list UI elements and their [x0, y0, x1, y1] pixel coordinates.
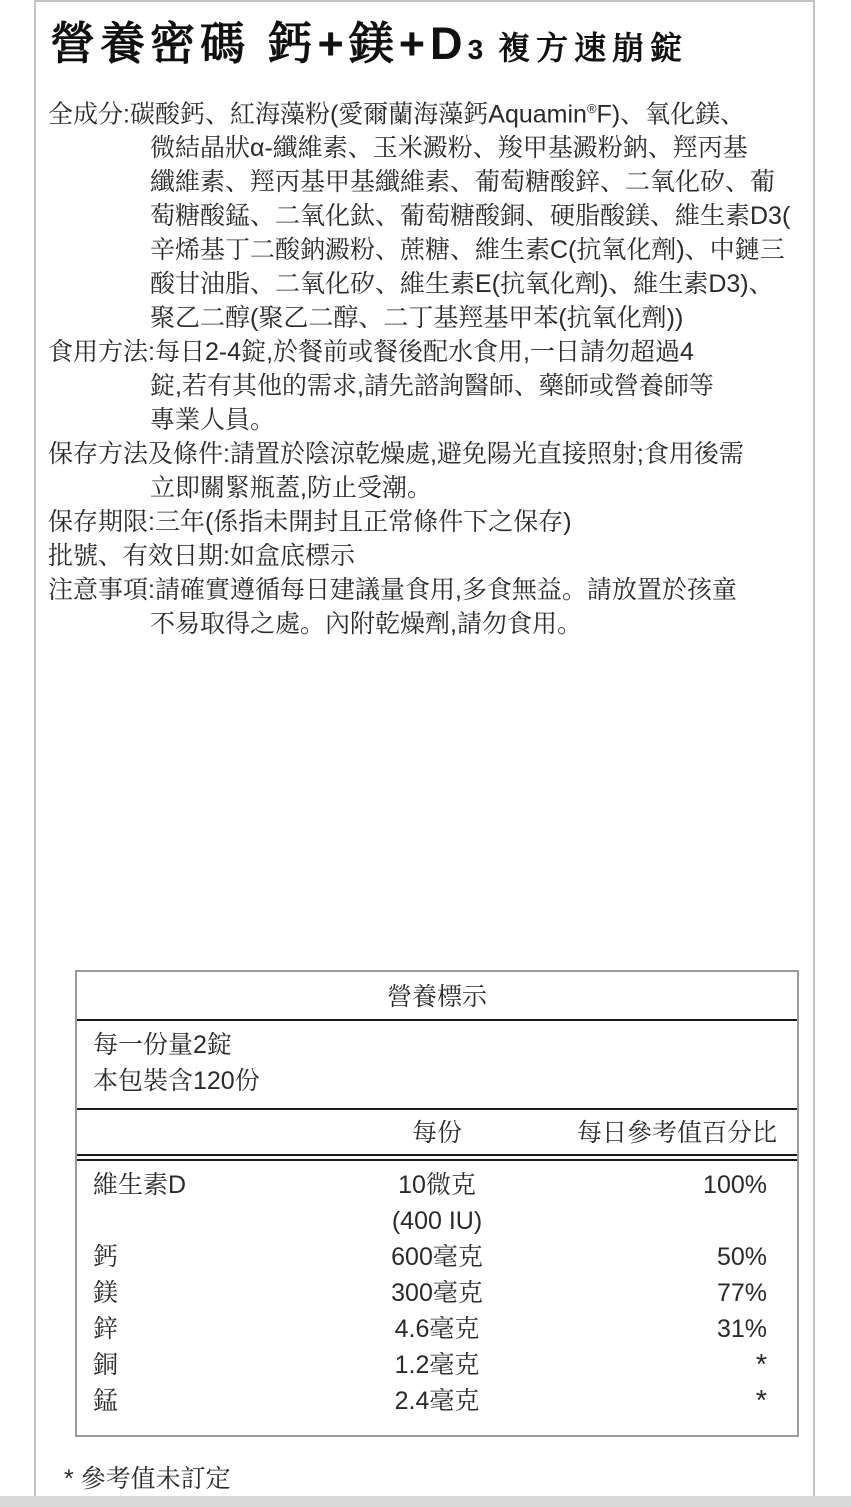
nutrient-daily-value: 100%	[577, 1167, 797, 1203]
nutrient-column-header	[77, 1113, 297, 1149]
daily-value-column-header: 每日參考值百分比	[577, 1113, 839, 1149]
shelf-life-label: 保存期限:	[48, 508, 155, 536]
nutrient-daily-value: 77%	[577, 1275, 797, 1311]
info-block: 全成分:碳酸鈣、紅海藻粉(愛爾蘭海藻鈣Aquamin®F)、氧化鎂、 微結晶狀α…	[48, 92, 813, 641]
ingredients-line-6: 酸甘油脂、二氧化矽、維生素E(抗氧化劑)、維生素D3)、	[48, 267, 813, 301]
nutrient-amount: 1.2毫克	[297, 1347, 577, 1383]
nutrition-column-headers: 每份 每日參考值百分比	[77, 1110, 797, 1154]
nutrition-table-title: 營養標示	[77, 972, 797, 1021]
storage-text: 請置於陰涼乾燥處,避免陽光直接照射;食用後需	[230, 440, 744, 468]
nutrient-amount: 4.6毫克	[297, 1311, 577, 1347]
shelf-life-line: 保存期限:三年(係指未開封且正常條件下之保存)	[48, 505, 813, 539]
shelf-life-text: 三年(係指未開封且正常條件下之保存)	[155, 508, 572, 536]
table-row-calcium: 鈣 600毫克 50%	[77, 1239, 797, 1275]
nutrition-rows: 維生素D 10微克 100% (400 IU) 鈣 600毫克 50% 鎂 30…	[77, 1161, 797, 1435]
batch-text: 如盒底標示	[230, 542, 355, 570]
ingredients-line-5: 辛烯基丁二酸鈉澱粉、蔗糖、維生素C(抗氧化劑)、中鏈三	[48, 233, 813, 267]
usage-text: 每日2-4錠,於餐前或餐後配水食用,一日請勿超過4	[155, 338, 694, 366]
nutrient-amount: 2.4毫克	[297, 1383, 577, 1419]
nutrient-name: 鎂	[77, 1275, 297, 1311]
usage-line-3: 專業人員。	[48, 403, 813, 437]
nutrient-amount-alt: (400 IU)	[297, 1203, 577, 1239]
usage-label: 食用方法:	[48, 338, 155, 366]
product-title-main: 營養密碼 鈣+鎂+D	[50, 18, 468, 69]
product-label-card: 營養密碼 鈣+鎂+D3複方速崩錠 全成分:碳酸鈣、紅海藻粉(愛爾蘭海藻鈣Aqua…	[34, 0, 815, 1496]
nutrient-daily-value	[577, 1203, 797, 1239]
usage-line-2: 錠,若有其他的需求,請先諮詢醫師、藥師或營養師等	[48, 369, 813, 403]
nutrient-daily-value: 31%	[577, 1311, 797, 1347]
nutrient-name: 鈣	[77, 1239, 297, 1275]
nutrient-daily-value: 50%	[577, 1239, 797, 1275]
nutrient-daily-value-asterisk: *	[577, 1347, 797, 1383]
table-row-manganese: 錳 2.4毫克 *	[77, 1383, 797, 1419]
daily-value-footnote: * 參考值未訂定	[64, 1459, 813, 1495]
nutrient-name	[77, 1203, 297, 1239]
registered-trademark-mark: ®	[587, 101, 597, 116]
nutrient-amount: 10微克	[297, 1167, 577, 1203]
ingredients-line-4: 萄糖酸錳、二氧化鈦、葡萄糖酸銅、硬脂酸鎂、維生素D3(	[48, 199, 813, 233]
nutrient-name: 鋅	[77, 1311, 297, 1347]
storage-line-1: 保存方法及條件:請置於陰涼乾燥處,避免陽光直接照射;食用後需	[48, 437, 813, 471]
notice-line-1: 注意事項:請確實遵循每日建議量食用,多食無益。請放置於孩童	[48, 573, 813, 607]
notice-line-2: 不易取得之處。內附乾燥劑,請勿食用。	[48, 607, 813, 641]
table-row-magnesium: 鎂 300毫克 77%	[77, 1275, 797, 1311]
per-serving-column-header: 每份	[297, 1113, 577, 1149]
ingredients-text: F)、氧化鎂、	[597, 100, 746, 128]
nutrient-name: 銅	[77, 1347, 297, 1383]
nutrient-amount: 300毫克	[297, 1275, 577, 1311]
serving-size: 每一份量2錠	[93, 1027, 797, 1063]
ingredients-line-3: 纖維素、羥丙基甲基纖維素、葡萄糖酸鋅、二氧化矽、葡	[48, 165, 813, 199]
notice-text: 請確實遵循每日建議量食用,多食無益。請放置於孩童	[155, 576, 737, 604]
ingredients-label: 全成分:	[48, 100, 130, 128]
product-title: 營養密碼 鈣+鎂+D3複方速崩錠	[50, 16, 813, 78]
bottom-gray-bar	[0, 1496, 851, 1507]
nutrition-facts-table: 營養標示 每一份量2錠 本包裝含120份 每份 每日參考值百分比 維生素D 10…	[75, 970, 799, 1437]
double-rule-divider	[77, 1154, 797, 1161]
nutrient-name: 錳	[77, 1383, 297, 1419]
storage-label: 保存方法及條件:	[48, 440, 230, 468]
nutrient-name: 維生素D	[77, 1167, 297, 1203]
ingredients-line-1: 全成分:碳酸鈣、紅海藻粉(愛爾蘭海藻鈣Aquamin®F)、氧化鎂、	[48, 92, 813, 131]
nutrient-daily-value-asterisk: *	[577, 1383, 797, 1419]
storage-line-2: 立即關緊瓶蓋,防止受潮。	[48, 471, 813, 505]
ingredients-line-7: 聚乙二醇(聚乙二醇、二丁基羥基甲苯(抗氧化劑))	[48, 301, 813, 335]
nutrient-amount: 600毫克	[297, 1239, 577, 1275]
serving-info: 每一份量2錠 本包裝含120份	[77, 1021, 797, 1110]
servings-per-package: 本包裝含120份	[93, 1063, 797, 1099]
product-title-subscript: 3	[468, 34, 485, 65]
usage-line-1: 食用方法:每日2-4錠,於餐前或餐後配水食用,一日請勿超過4	[48, 335, 813, 369]
batch-label: 批號、有效日期:	[48, 542, 230, 570]
notice-label: 注意事項:	[48, 576, 155, 604]
table-row-zinc: 鋅 4.6毫克 31%	[77, 1311, 797, 1347]
ingredients-text: 碳酸鈣、紅海藻粉(愛爾蘭海藻鈣Aquamin	[130, 100, 587, 128]
table-row-vitamin-d-iu: (400 IU)	[77, 1203, 797, 1239]
product-title-suffix: 複方速崩錠	[498, 30, 688, 66]
ingredients-line-2: 微結晶狀α-纖維素、玉米澱粉、羧甲基澱粉鈉、羥丙基	[48, 131, 813, 165]
table-row-copper: 銅 1.2毫克 *	[77, 1347, 797, 1383]
table-row-vitamin-d: 維生素D 10微克 100%	[77, 1167, 797, 1203]
batch-line: 批號、有效日期:如盒底標示	[48, 539, 813, 573]
